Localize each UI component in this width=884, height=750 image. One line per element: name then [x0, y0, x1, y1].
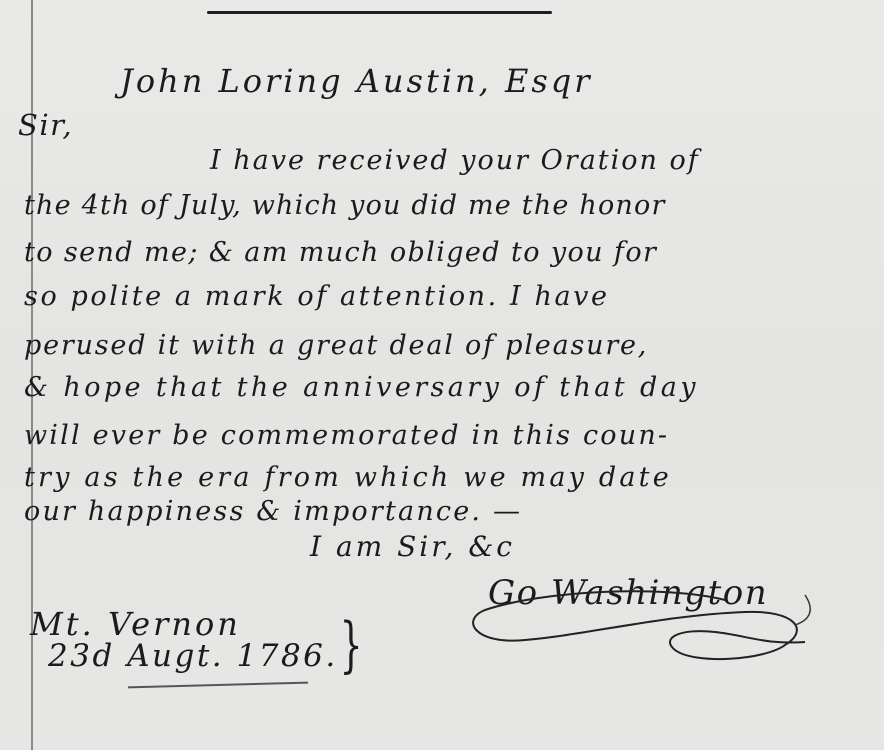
salutation: Sir,: [18, 108, 73, 142]
body-line-3: to send me; & am much obliged to you for: [24, 237, 657, 268]
top-rule: [207, 11, 552, 14]
addressee: John Loring Austin, Esqr: [120, 62, 593, 100]
body-line-4: so polite a mark of attention. I have: [24, 281, 610, 312]
date-underline: [128, 682, 308, 689]
body-line-9: our happiness & importance. —: [24, 496, 522, 527]
body-line-6: & hope that the anniversary of that day: [24, 372, 699, 403]
brace-icon: }: [340, 610, 363, 680]
body-line-1: I have received your Oration of: [210, 145, 700, 176]
body-line-2: the 4th of July, which you did me the ho…: [24, 190, 666, 221]
signature-flourish-icon: [465, 590, 825, 670]
closing: I am Sir, &c: [310, 530, 515, 563]
letter-page: John Loring Austin, Esqr Sir, I have rec…: [0, 0, 884, 750]
body-line-5: perused it with a great deal of pleasure…: [24, 330, 648, 361]
body-line-7: will ever be commemorated in this coun-: [24, 420, 669, 451]
body-line-8: try as the era from which we may date: [24, 462, 672, 493]
date: 23d Augt. 1786.: [48, 638, 338, 674]
